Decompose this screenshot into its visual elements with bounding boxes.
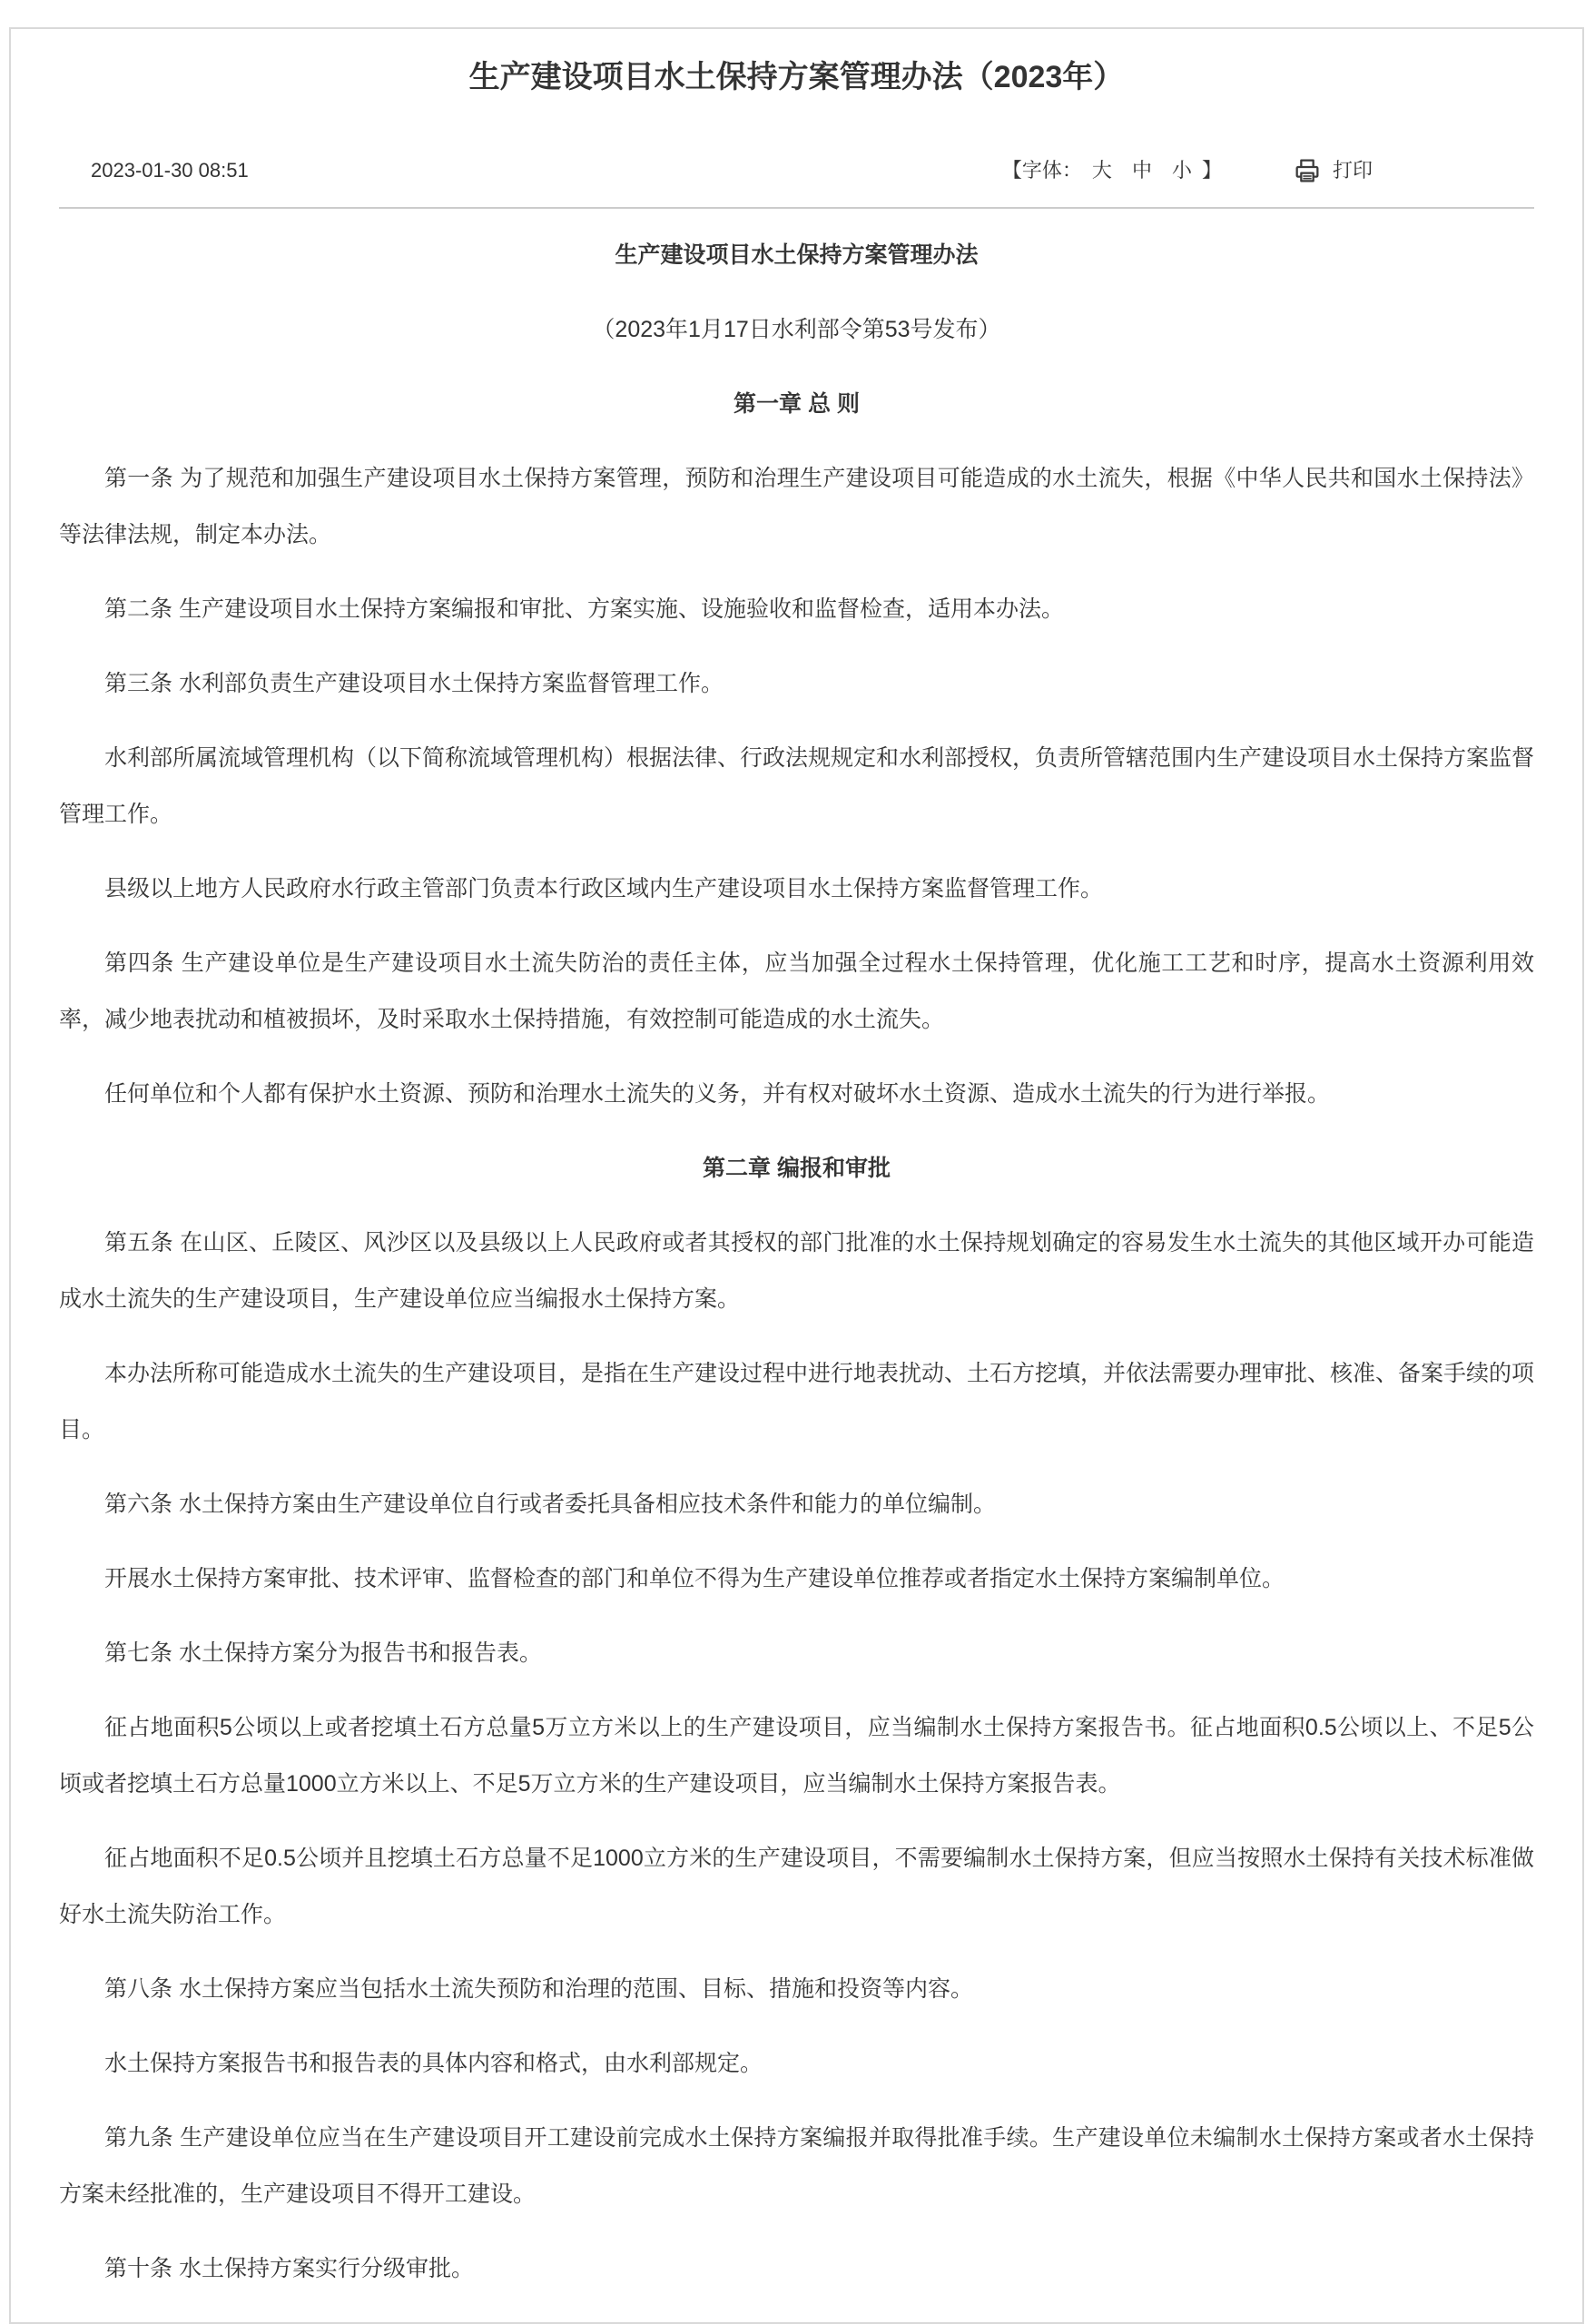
font-size-large-link[interactable]: 大 bbox=[1092, 157, 1112, 184]
font-size-widget: 【字体： 大 中 小 】 bbox=[1002, 157, 1222, 184]
paragraph-article-2: 第二条 生产建设项目水土保持方案编报和审批、方案实施、设施验收和监督检查，适用本… bbox=[59, 581, 1534, 637]
paragraph-exemption-thresholds: 征占地面积不足0.5公顷并且挖填土石方总量不足1000立方米的生产建设项目，不需… bbox=[59, 1830, 1534, 1943]
header-divider bbox=[59, 207, 1534, 209]
paragraph-format-rules: 水土保持方案报告书和报告表的具体内容和格式，由水利部规定。 bbox=[59, 2035, 1534, 2092]
article-panel: 生产建设项目水土保持方案管理办法（2023年） 2023-01-30 08:51… bbox=[9, 27, 1584, 2324]
paragraph-article-5: 第五条 在山区、丘陵区、风沙区以及县级以上人民政府或者其授权的部门批准的水土保持… bbox=[59, 1215, 1534, 1327]
paragraph-article-1: 第一条 为了规范和加强生产建设项目水土保持方案管理，预防和治理生产建设项目可能造… bbox=[59, 450, 1534, 563]
font-size-medium-link[interactable]: 中 bbox=[1132, 157, 1152, 184]
page: 生产建设项目水土保持方案管理办法（2023年） 2023-01-30 08:51… bbox=[0, 0, 1595, 2324]
paragraph-article-6: 第六条 水土保持方案由生产建设单位自行或者委托具备相应技术条件和能力的单位编制。 bbox=[59, 1476, 1534, 1532]
document-issuance-line: （2023年1月17日水利部令第53号发布） bbox=[59, 301, 1534, 358]
paragraph-report-thresholds: 征占地面积5公顷以上或者挖填土石方总量5万立方米以上的生产建设项目，应当编制水土… bbox=[59, 1699, 1534, 1812]
meta-controls: 【字体： 大 中 小 】 bbox=[1002, 156, 1373, 185]
publish-datetime: 2023-01-30 08:51 bbox=[91, 157, 249, 184]
paragraph-article-9: 第九条 生产建设单位应当在生产建设项目开工建设前完成水土保持方案编报并取得批准手… bbox=[59, 2110, 1534, 2222]
paragraph-reporting-duty: 任何单位和个人都有保护水土资源、预防和治理水土流失的义务，并有权对破坏水土资源、… bbox=[59, 1066, 1534, 1122]
font-widget-label-close: 】 bbox=[1202, 157, 1222, 184]
paragraph-article-8: 第八条 水土保持方案应当包括水土流失预防和治理的范围、目标、措施和投资等内容。 bbox=[59, 1961, 1534, 2017]
paragraph-local-governments: 县级以上地方人民政府水行政主管部门负责本行政区域内生产建设项目水土保持方案监督管… bbox=[59, 861, 1534, 917]
article-body: 生产建设项目水土保持方案管理办法 （2023年1月17日水利部令第53号发布） … bbox=[59, 227, 1534, 2297]
chapter-1-heading: 第一章 总 则 bbox=[59, 376, 1534, 432]
paragraph-article-7: 第七条 水土保持方案分为报告书和报告表。 bbox=[59, 1625, 1534, 1681]
print-button[interactable]: 打印 bbox=[1293, 156, 1373, 185]
paragraph-no-designation: 开展水土保持方案审批、技术评审、监督检查的部门和单位不得为生产建设单位推荐或者指… bbox=[59, 1551, 1534, 1607]
paragraph-article-3: 第三条 水利部负责生产建设项目水土保持方案监督管理工作。 bbox=[59, 655, 1534, 712]
print-label: 打印 bbox=[1333, 157, 1373, 184]
chapter-2-heading: 第二章 编报和审批 bbox=[59, 1140, 1534, 1196]
printer-icon bbox=[1293, 156, 1322, 185]
paragraph-project-definition: 本办法所称可能造成水土流失的生产建设项目，是指在生产建设过程中进行地表扰动、土石… bbox=[59, 1345, 1534, 1458]
paragraph-basin-agencies: 水利部所属流域管理机构（以下简称流域管理机构）根据法律、行政法规规定和水利部授权… bbox=[59, 730, 1534, 842]
document-title: 生产建设项目水土保持方案管理办法 bbox=[59, 227, 1534, 283]
paragraph-article-10: 第十条 水土保持方案实行分级审批。 bbox=[59, 2240, 1534, 2297]
font-widget-label-open: 【字体： bbox=[1002, 157, 1082, 184]
page-title: 生产建设项目水土保持方案管理办法（2023年） bbox=[59, 54, 1534, 100]
font-size-small-link[interactable]: 小 bbox=[1172, 157, 1192, 184]
meta-row: 2023-01-30 08:51 【字体： 大 中 小 】 bbox=[59, 156, 1534, 185]
paragraph-article-4: 第四条 生产建设单位是生产建设项目水土流失防治的责任主体，应当加强全过程水土保持… bbox=[59, 935, 1534, 1048]
